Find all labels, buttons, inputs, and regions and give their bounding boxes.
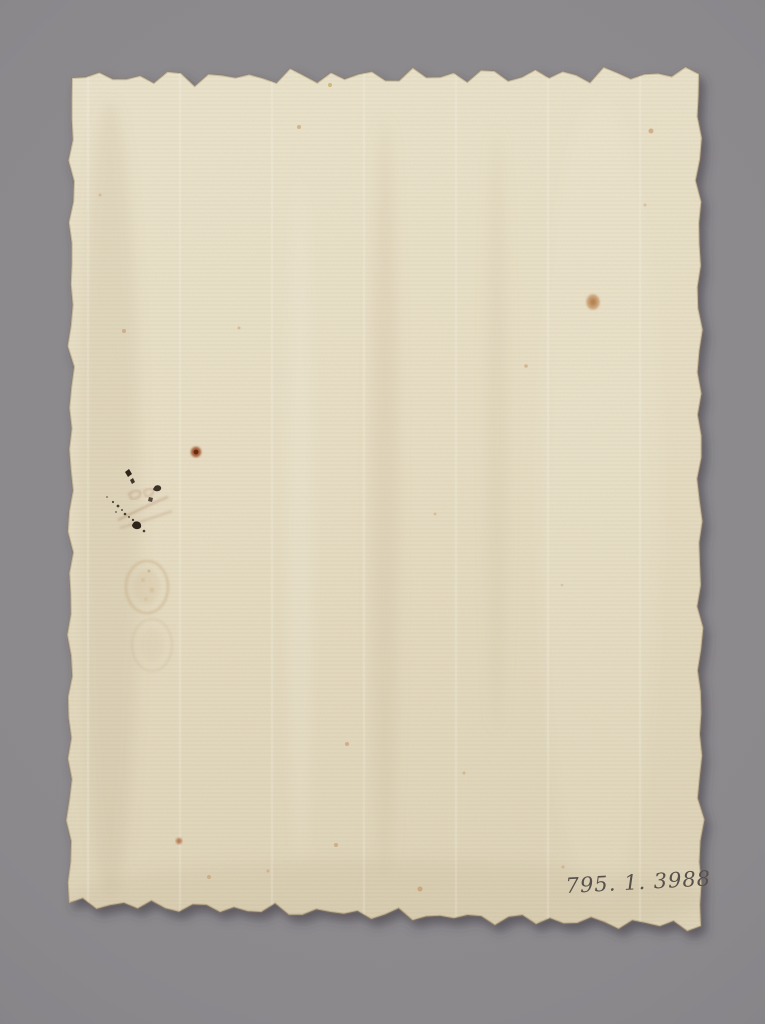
paper-sheet-photo: 795. 1. 3988 [0,0,765,1024]
photo-backdrop: 795. 1. 3988 [0,0,765,1024]
paper-grain [60,60,710,940]
